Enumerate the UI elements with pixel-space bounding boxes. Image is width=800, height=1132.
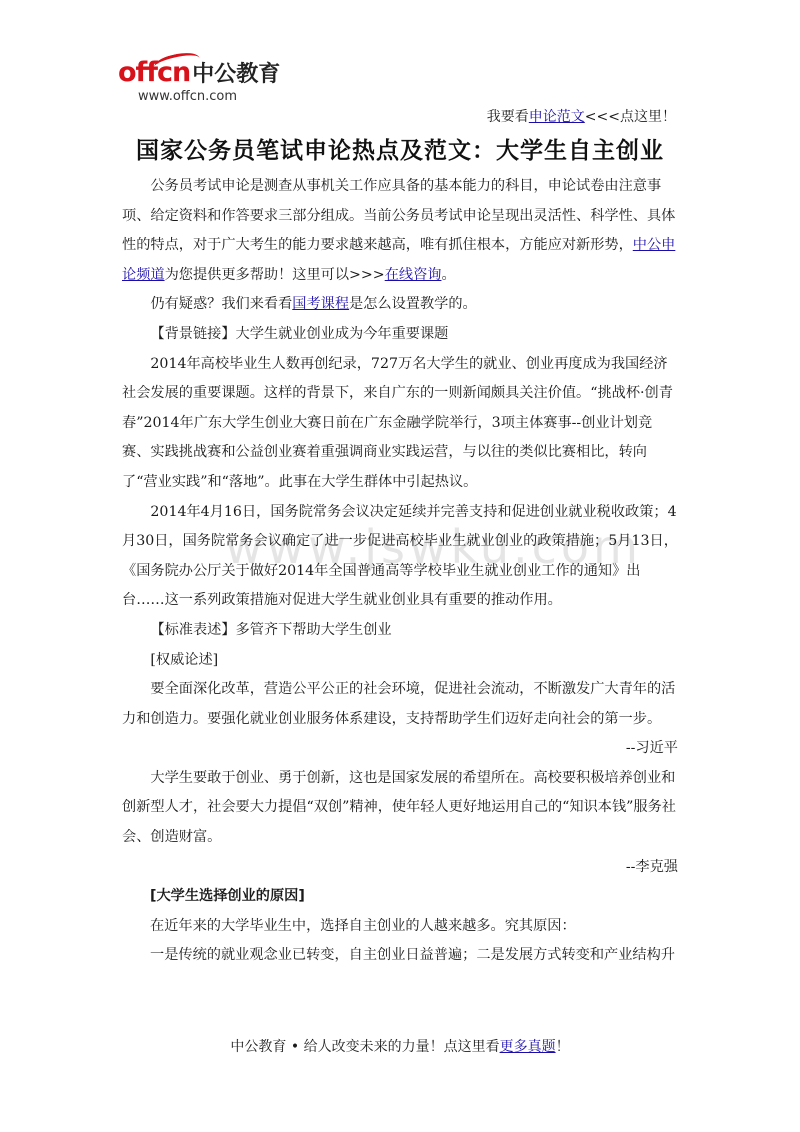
footer-suffix: ！ xyxy=(556,1039,570,1055)
doubt-text-2: 是怎么设置教学的。 xyxy=(349,296,477,312)
online-consult-link[interactable]: 在线咨询 xyxy=(385,267,442,283)
quote-xi: 要全面深化改革，营造公平公正的社会环境，促进社会流动，不断激发广大青年的活力和创… xyxy=(122,675,678,734)
quote-xi-author: --习近平 xyxy=(122,734,678,764)
national-exam-course-link[interactable]: 国考课程 xyxy=(292,296,349,312)
intro-text-3: 。 xyxy=(441,267,455,283)
logo-wordmark: offcn中公教育 xyxy=(118,58,280,90)
logo-offcn-text: offcn xyxy=(118,57,190,88)
page-title: 国家公务员笔试申论热点及范文：大学生自主创业 xyxy=(0,132,800,165)
authority-heading: [权威论述] xyxy=(122,646,678,676)
background-paragraph-1: 2014年高校毕业生人数再创纪录，727万名大学生的就业、创业再度成为我国经济社… xyxy=(122,350,678,498)
offcn-logo[interactable]: offcn中公教育 www.offcn.com xyxy=(118,58,288,110)
quote-li-author: --李克强 xyxy=(122,853,678,883)
intro-text: 公务员考试申论是测查从事机关工作应具备的基本能力的科目，申论试卷由注意事项、给定… xyxy=(122,178,675,253)
intro-text-2: 为您提供更多帮助！这里可以>>> xyxy=(165,267,385,283)
reasons-paragraph-1: 在近年来的大学毕业生中，选择自主创业的人越来越多。究其原因： xyxy=(122,912,678,942)
reasons-heading: [大学生选择创业的原因] xyxy=(122,882,678,912)
shenlun-essay-link[interactable]: 申论范文 xyxy=(529,109,585,125)
article-body: 公务员考试申论是测查从事机关工作应具备的基本能力的科目，申论试卷由注意事项、给定… xyxy=(122,172,678,971)
top-link-suffix: <<<点这里！ xyxy=(585,109,676,125)
doubt-text: 仍有疑惑？我们来看看 xyxy=(150,296,292,312)
doubt-paragraph: 仍有疑惑？我们来看看国考课程是怎么设置教学的。 xyxy=(122,290,678,320)
footer-text: 中公教育 • 给人改变未来的力量！点这里看 xyxy=(230,1039,499,1055)
more-exam-questions-link[interactable]: 更多真题 xyxy=(500,1039,556,1055)
standard-heading: 【标准表述】多管齐下帮助大学生创业 xyxy=(122,616,678,646)
logo-url: www.offcn.com xyxy=(138,89,237,104)
footer-promo: 中公教育 • 给人改变未来的力量！点这里看更多真题！ xyxy=(0,1036,800,1056)
intro-paragraph: 公务员考试申论是测查从事机关工作应具备的基本能力的科目，申论试卷由注意事项、给定… xyxy=(122,172,678,290)
background-paragraph-2: 2014年4月16日，国务院常务会议决定延续并完善支持和促进创业就业税收政策；4… xyxy=(122,498,678,616)
background-heading: 【背景链接】大学生就业创业成为今年重要课题 xyxy=(122,320,678,350)
top-promo-line: 我要看申论范文<<<点这里！ xyxy=(487,106,676,126)
quote-li: 大学生要敢于创业、勇于创新，这也是国家发展的希望所在。高校要积极培养创业和创新型… xyxy=(122,764,678,853)
logo-cn-text: 中公教育 xyxy=(192,62,280,87)
top-link-prefix: 我要看 xyxy=(487,109,529,125)
reasons-paragraph-2: 一是传统的就业观念业已转变，自主创业日益普遍；二是发展方式转变和产业结构升 xyxy=(122,941,678,971)
